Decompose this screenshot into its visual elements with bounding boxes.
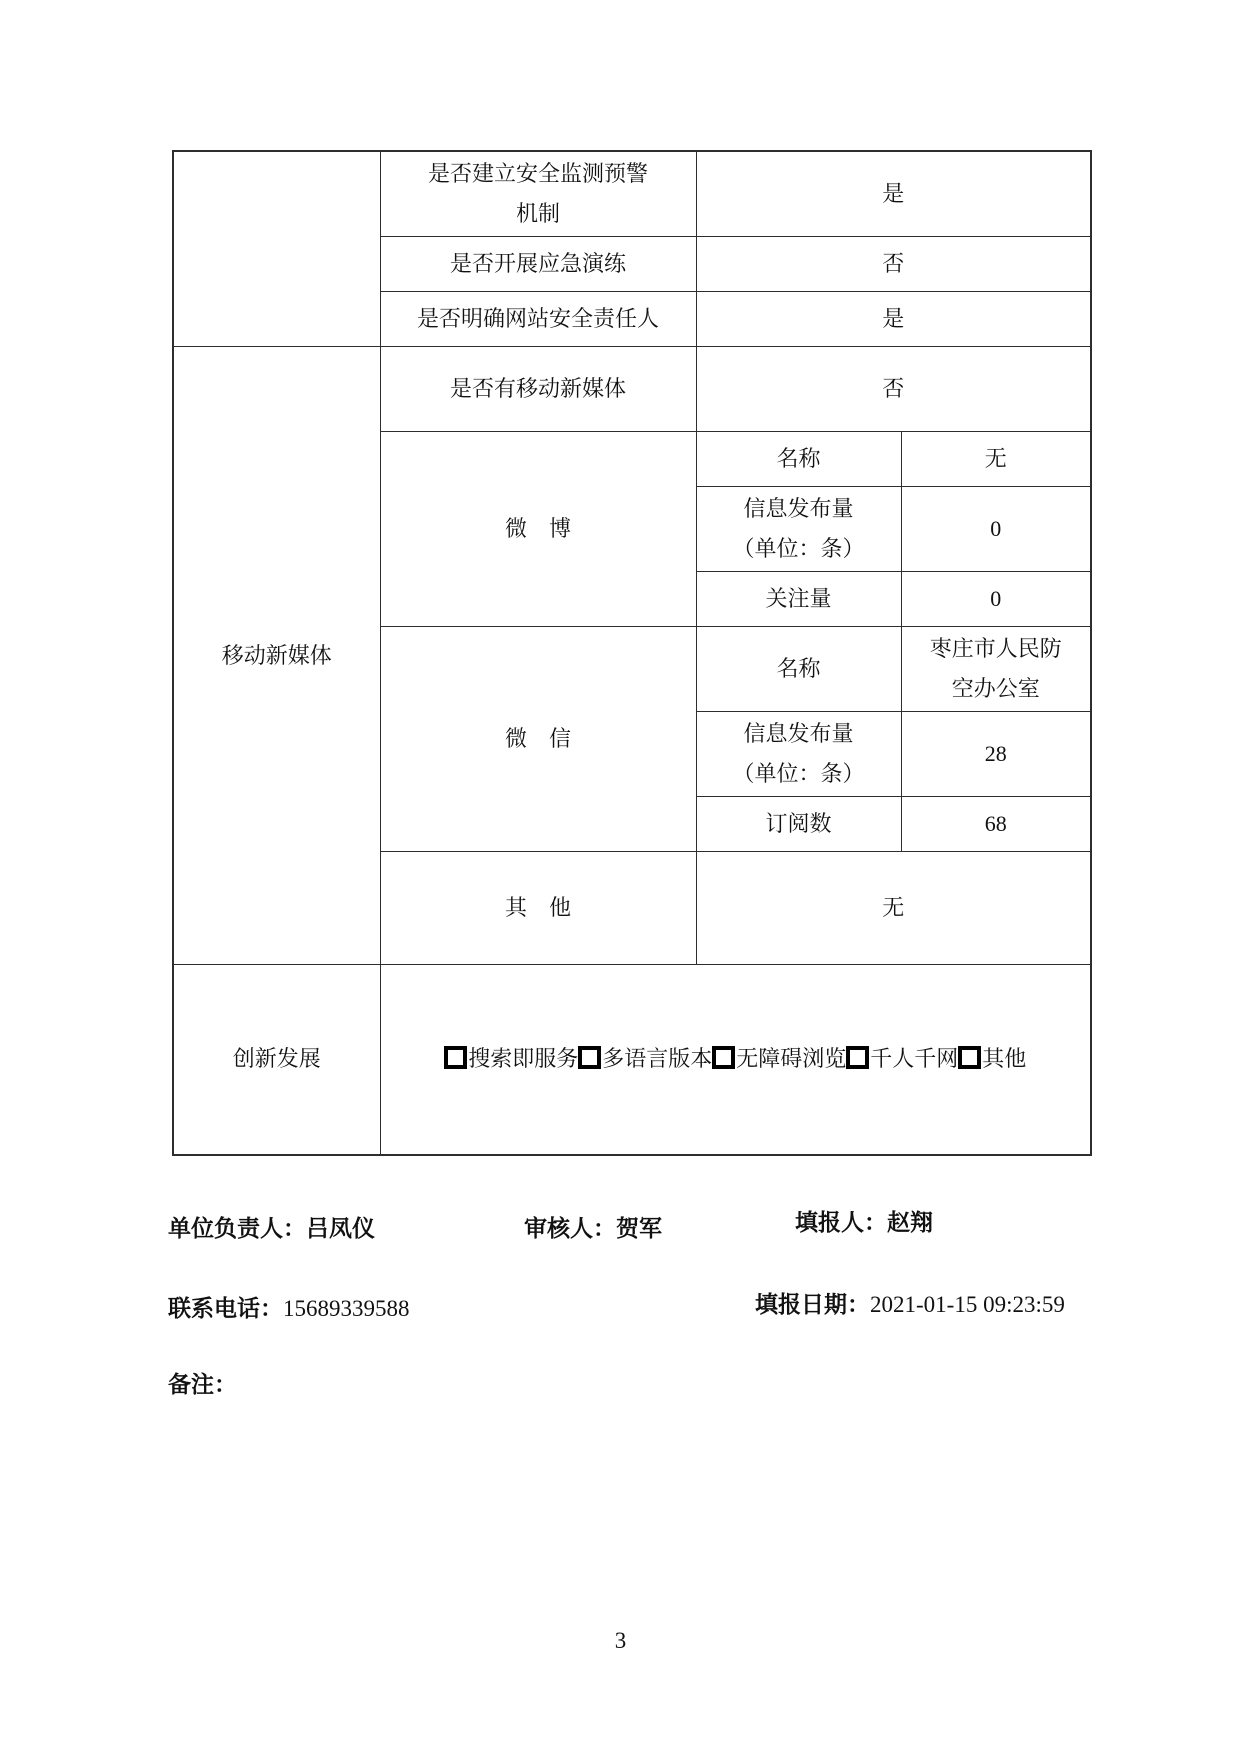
checkbox-search-as-service-icon: [444, 1046, 467, 1069]
table-row: 是否建立安全监测预警 机制 是: [173, 151, 1091, 237]
table-row: 创新发展 搜索即服务多语言版本无障碍浏览千人千网其他: [173, 965, 1091, 1155]
checkbox-other-icon: [958, 1046, 981, 1069]
cell-wechat-name-value: 枣庄市人民防 空办公室: [901, 627, 1091, 712]
page-number: 3: [0, 1628, 1241, 1654]
filler-field: 填报人：赵翔: [795, 1204, 933, 1237]
cell-wechat-subs-label: 订阅数: [696, 797, 901, 852]
cell-monitor-label: 是否建立安全监测预警 机制: [380, 151, 696, 237]
cell-monitor-value: 是: [696, 151, 1091, 237]
checkbox-label-other: 其他: [982, 1046, 1026, 1071]
cell-wechat-posts-value: 28: [901, 712, 1091, 797]
contact-phone-value: 15689339588: [283, 1296, 410, 1321]
contact-phone-label: 联系电话：: [168, 1296, 283, 1321]
report-date-label: 填报日期：: [755, 1292, 870, 1317]
cell-wechat-name-label: 名称: [696, 627, 901, 712]
unit-head-label: 单位负责人：: [168, 1216, 306, 1241]
document-page: 是否建立安全监测预警 机制 是 是否开展应急演练 否 是否明确网站安全责任人 是…: [0, 0, 1241, 1754]
report-form-table: 是否建立安全监测预警 机制 是 是否开展应急演练 否 是否明确网站安全责任人 是…: [172, 150, 1092, 1156]
checkbox-personalized-icon: [846, 1046, 869, 1069]
cell-responsible-label: 是否明确网站安全责任人: [380, 292, 696, 347]
checkbox-multilingual-icon: [578, 1046, 601, 1069]
cell-wechat-subs-value: 68: [901, 797, 1091, 852]
cell-weibo-followers-value: 0: [901, 572, 1091, 627]
checkbox-label-personalized: 千人千网: [870, 1046, 958, 1071]
cell-weibo-followers-label: 关注量: [696, 572, 901, 627]
cell-drill-value: 否: [696, 237, 1091, 292]
cell-weibo-name-label: 名称: [696, 432, 901, 487]
unit-head-name: 吕凤仪: [306, 1216, 375, 1241]
cell-weibo-posts-label: 信息发布量 （单位：条）: [696, 487, 901, 572]
checkbox-accessibility-icon: [712, 1046, 735, 1069]
cell-other-media-value: 无: [696, 852, 1091, 965]
remark-label: 备注：: [168, 1372, 237, 1397]
filler-name: 赵翔: [887, 1210, 933, 1235]
contact-phone-field: 联系电话：15689339588: [168, 1290, 410, 1323]
reviewer-name: 贺军: [616, 1216, 662, 1241]
cell-drill-label: 是否开展应急演练: [380, 237, 696, 292]
unit-head-field: 单位负责人：吕凤仪: [168, 1210, 375, 1243]
cell-other-media-label: 其 他: [380, 852, 696, 965]
cell-has-mobile-value: 否: [696, 347, 1091, 432]
cell-weibo-name-value: 无: [901, 432, 1091, 487]
cell-has-mobile-label: 是否有移动新媒体: [380, 347, 696, 432]
cell-category-mobile-media: 移动新媒体: [173, 347, 380, 965]
report-date-value: 2021-01-15 09:23:59: [870, 1292, 1065, 1317]
cell-category-innovation: 创新发展: [173, 965, 380, 1155]
cell-prev-category-empty: [173, 151, 380, 347]
table-row: 移动新媒体 是否有移动新媒体 否: [173, 347, 1091, 432]
checkbox-label-accessibility: 无障碍浏览: [736, 1046, 846, 1071]
cell-weibo-posts-value: 0: [901, 487, 1091, 572]
report-date-field: 填报日期：2021-01-15 09:23:59: [755, 1286, 1065, 1319]
cell-weibo-title: 微 博: [380, 432, 696, 627]
cell-innovation-options: 搜索即服务多语言版本无障碍浏览千人千网其他: [380, 965, 1091, 1155]
checkbox-label-multilingual: 多语言版本: [602, 1046, 712, 1071]
filler-label: 填报人：: [795, 1210, 887, 1235]
remark-field: 备注：: [168, 1366, 237, 1399]
reviewer-field: 审核人：贺军: [524, 1210, 662, 1243]
checkbox-label-search-as-service: 搜索即服务: [468, 1046, 578, 1071]
reviewer-label: 审核人：: [524, 1216, 616, 1241]
cell-wechat-title: 微 信: [380, 627, 696, 852]
cell-responsible-value: 是: [696, 292, 1091, 347]
cell-wechat-posts-label: 信息发布量 （单位：条）: [696, 712, 901, 797]
